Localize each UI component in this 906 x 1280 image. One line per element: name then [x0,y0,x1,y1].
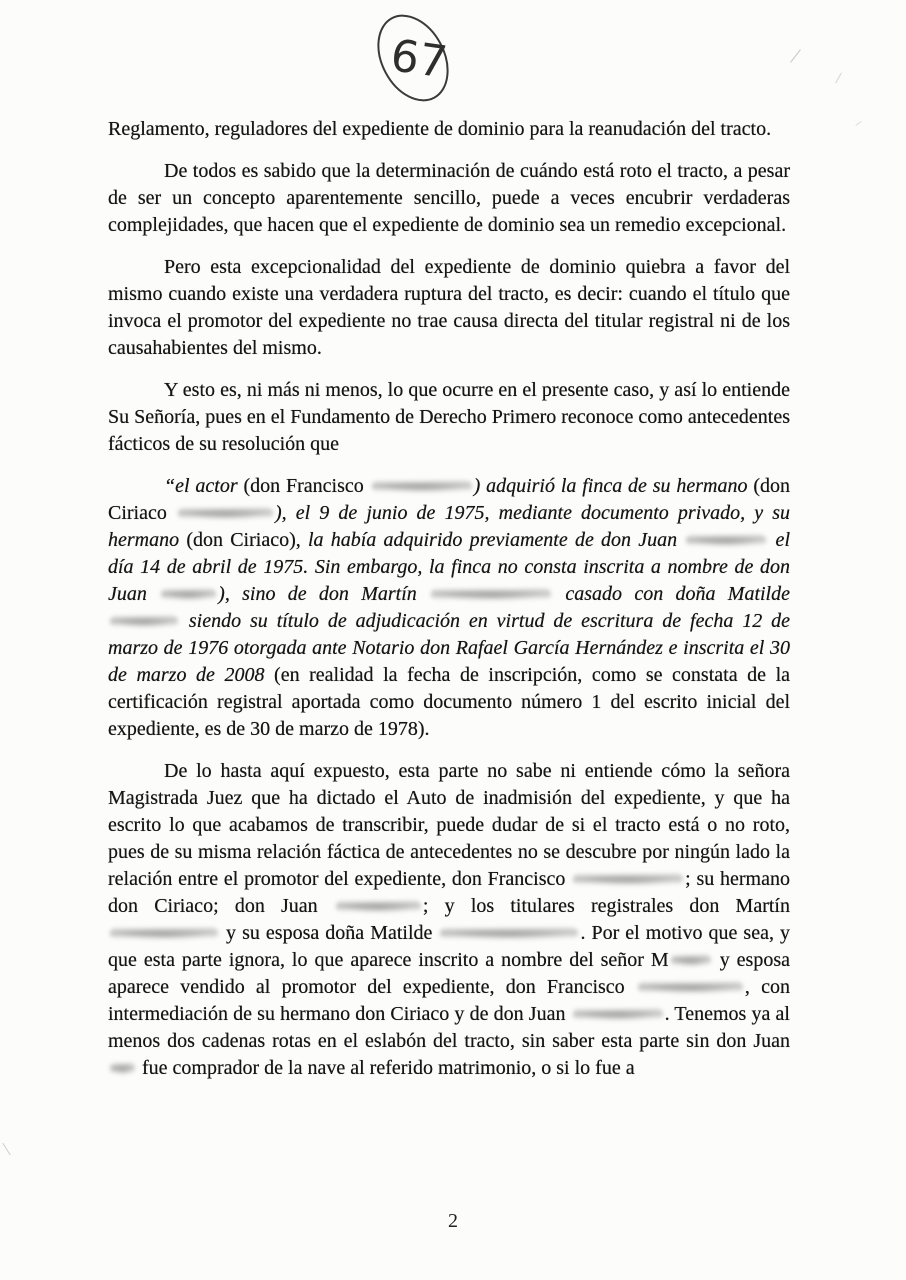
redacted-text [110,927,218,940]
text-segment: ; y los titulares registrales don Martín [423,895,790,917]
text-segment: “el actor [164,475,243,497]
paragraph: “el actor (don Francisco ) adquirió la f… [108,473,790,743]
document-body: Reglamento, reguladores del expediente d… [108,116,790,1097]
redacted-text [638,981,743,994]
pencil-mark [2,1143,10,1155]
pencil-mark [855,121,861,126]
redacted-text [178,507,273,520]
text-segment: casado con doña Matilde [553,583,790,605]
text-segment: y su esposa doña Matilde [220,922,438,944]
redacted-text [372,480,472,493]
text-segment: (don Francisco [243,475,369,497]
redacted-text [671,954,711,967]
text-segment: la había adquirido previamente de don Ju… [308,529,684,551]
pencil-mark [835,73,842,84]
redacted-text [110,615,178,628]
stamp-number: 67 [388,30,451,88]
text-segment: Reglamento, reguladores del expediente d… [108,118,771,140]
page-number: 2 [0,1210,906,1233]
redacted-text [573,1008,663,1021]
paragraph: De lo hasta aquí expuesto, esta parte no… [108,758,790,1082]
redacted-text [573,873,683,886]
text-segment: fue comprador de la nave al referido mat… [137,1057,635,1079]
text-segment: ), sino de don Martín [218,583,429,605]
redacted-text [336,900,421,913]
paragraph: Reglamento, reguladores del expediente d… [108,116,790,143]
paragraph: De todos es sabido que la determinación … [108,158,790,239]
text-segment: (don Ciriaco), [186,529,308,551]
handwritten-stamp: 67 [358,6,468,110]
redacted-text [686,534,766,547]
pencil-mark [790,49,801,62]
redacted-text [431,588,551,601]
paragraph: Pero esta excepcionalidad del expediente… [108,254,790,362]
scanned-document-page: 67 Reglamento, reguladores del expedient… [0,0,906,1280]
text-segment: Y esto es, ni más ni menos, lo que ocurr… [108,379,790,455]
redacted-text [161,588,216,601]
text-segment: ) adquirió la finca de su hermano [474,475,754,497]
text-segment: De todos es sabido que la determinación … [108,160,790,236]
redacted-text [110,1062,135,1075]
redacted-text [440,927,578,940]
text-segment: Pero esta excepcionalidad del expediente… [108,256,790,359]
paragraph: Y esto es, ni más ni menos, lo que ocurr… [108,377,790,458]
